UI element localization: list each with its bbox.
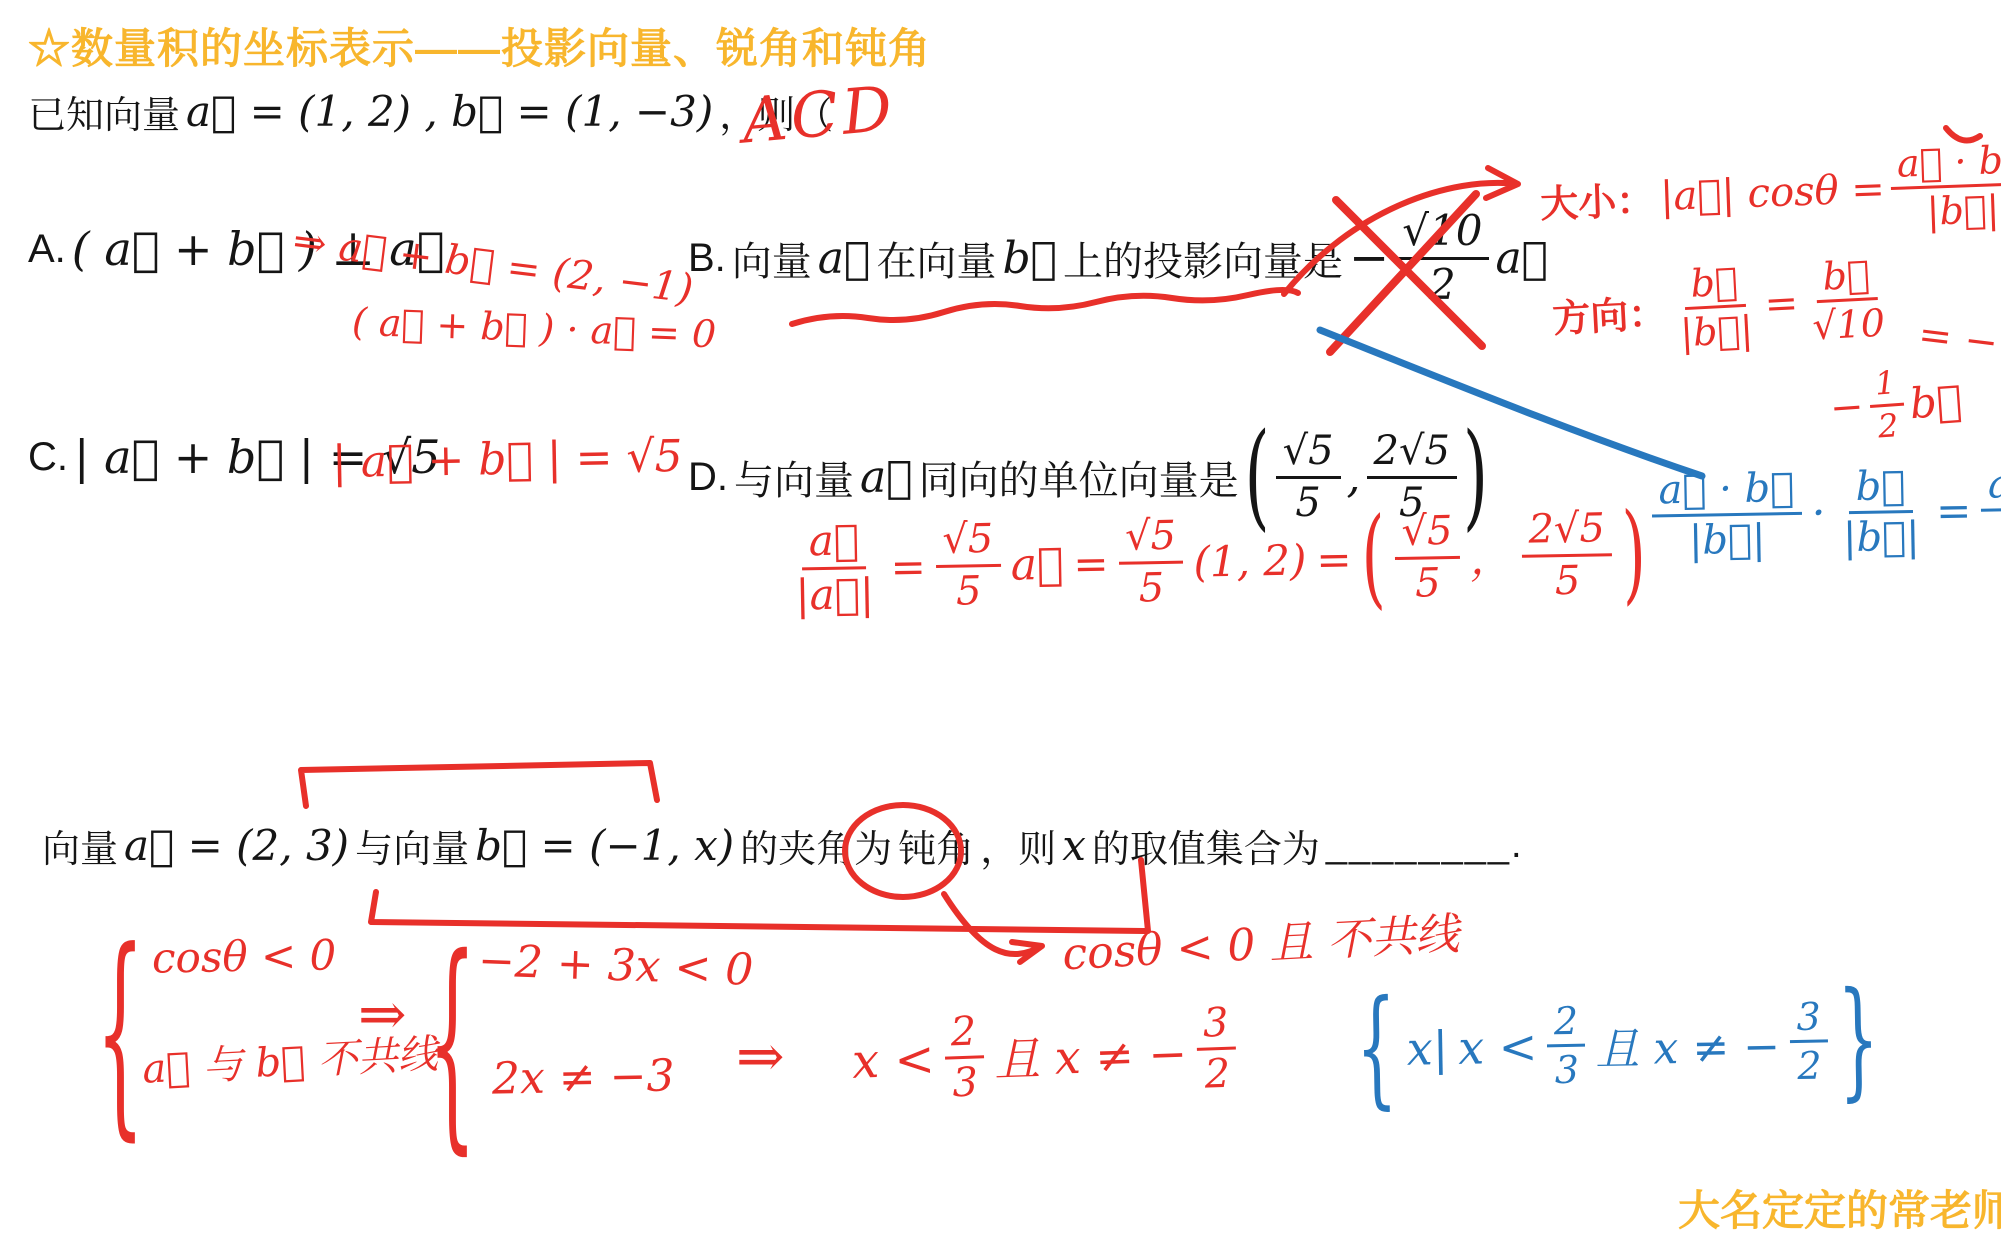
two-thirds-fraction: 2 3 xyxy=(1547,1001,1587,1091)
a-over-abs-a-fraction: a⃗ |a⃗| xyxy=(787,518,881,618)
fraction-numerator: 2 xyxy=(1547,1001,1586,1048)
fraction-numerator: 3 xyxy=(1789,996,1828,1043)
annotation-result: x < 2 3 且 x ≠ − 3 2 xyxy=(850,1001,1247,1108)
fraction-denominator: |b⃗| xyxy=(1836,513,1927,560)
option-b: B. 向量 a⃗ 在向量 b⃗ 上的投影向量是 − √10 2 a⃗ xyxy=(688,188,1554,328)
option-b-text1: 向量 xyxy=(732,230,812,287)
fraction-numerator: a⃗ · b⃗ xyxy=(1889,139,2001,190)
fraction-numerator: 1 xyxy=(1867,366,1904,408)
fraction-denominator: |a⃗| xyxy=(788,568,881,617)
fraction-numerator: b⃗ xyxy=(1683,261,1746,310)
set-head: x| xyxy=(1406,1021,1448,1076)
p2-text5: 的取值集合为 xyxy=(1092,818,1320,873)
fraction-denominator: 3 xyxy=(945,1059,986,1106)
implies-arrow: ⇒ xyxy=(736,1022,785,1090)
fraction-denominator: 3 xyxy=(1547,1047,1586,1091)
annotation-d-work: a⃗ |a⃗| = √5 5 a⃗ = √5 5 (1, 2) = ( √5 5… xyxy=(787,504,1656,617)
comma: ， xyxy=(1469,526,1512,587)
vector-a: a⃗ xyxy=(860,452,913,503)
b-over-absb-fraction: b⃗ |b⃗| xyxy=(1835,465,1927,560)
fraction-denominator: 1 xyxy=(1993,511,2001,557)
minus-sign: − xyxy=(1829,384,1866,432)
fraction-denominator: 5 xyxy=(1131,563,1171,609)
set-prefix: x < xyxy=(1458,1019,1538,1074)
three-halves-fraction: 3 2 xyxy=(1195,1001,1238,1096)
fraction-numerator: a⃗ · b⃗ xyxy=(1651,467,1801,518)
p2-text2: 与向量 xyxy=(355,818,469,873)
annotation-blue-projection: a⃗ · b⃗ |b⃗| · b⃗ |b⃗| = a⃗ 1 xyxy=(1651,463,2001,564)
sqrt5-over-5-fraction: √5 5 xyxy=(935,518,1002,613)
option-d-text1: 与向量 xyxy=(734,449,854,506)
fraction-denominator: 5 xyxy=(949,567,989,613)
equals: = xyxy=(890,542,926,592)
fraction-numerator: b⃗ xyxy=(1815,254,1878,303)
fraction-numerator: √5 xyxy=(1394,510,1460,560)
annotation-a-line1: ⇒ a⃗ + b⃗ = (2, −1) xyxy=(290,218,695,313)
vector-b: b⃗ xyxy=(1908,376,1963,429)
fraction-numerator: b⃗ xyxy=(1848,465,1912,514)
fraction-denominator: 2 xyxy=(1197,1050,1238,1097)
option-d-label: D. xyxy=(688,455,728,500)
sqrt10-over-2-fraction: √10 2 xyxy=(1395,209,1489,307)
fraction-numerator: √5 xyxy=(935,518,1001,568)
equals-minus: = − xyxy=(1916,311,2001,366)
fraction-numerator: √10 xyxy=(1395,209,1489,260)
option-d-text2: 同向的单位向量是 xyxy=(919,449,1239,506)
direction-label: 方向： xyxy=(1551,282,1668,343)
p2-keyword-obtuse: 钝角 xyxy=(898,818,974,873)
fraction-numerator: 2√5 xyxy=(1521,507,1612,557)
bracket-top xyxy=(301,763,657,806)
p2-x: x xyxy=(1062,821,1086,870)
fraction-denominator: 2 xyxy=(1870,406,1907,445)
magnitude-label: 大小： xyxy=(1539,170,1655,229)
circle-arrow xyxy=(944,894,1042,962)
problem2-stem: 向量 a⃗ = (2, 3) 与向量 b⃗ = (−1, x) 的夹角为 钝角 … xyxy=(42,818,1530,873)
stem-prefix: 已知向量 xyxy=(28,84,180,139)
annotation-solution-set: { x| x < 2 3 且 x ≠ − 3 2 } xyxy=(1355,995,1889,1094)
equals: = xyxy=(1316,534,1352,584)
b-over-absb-fraction: b⃗ |b⃗| xyxy=(1670,260,1761,354)
fraction-denominator: 2 xyxy=(1790,1043,1829,1087)
clipped-fraction: a⃗ 1 xyxy=(1981,463,2001,558)
fraction-denominator: √10 xyxy=(1804,300,1893,348)
dot-operator: · xyxy=(1811,488,1826,539)
implies-arrow: ⇒ xyxy=(358,980,407,1048)
fraction-numerator: a⃗ xyxy=(801,518,866,570)
result-mid: 且 x ≠ − xyxy=(993,1017,1188,1090)
option-a-label: A. xyxy=(28,227,66,272)
system2-line1: −2 + 3x < 0 xyxy=(477,935,754,996)
magnitude-lhs: |a⃗| cosθ = xyxy=(1659,166,1885,220)
fraction-numerator: 2√5 xyxy=(1367,430,1457,478)
fraction-denominator: |b⃗| xyxy=(1682,516,1773,563)
fraction-denominator: 2 xyxy=(1422,260,1463,308)
page-title: ☆数量积的坐标表示——投影向量、锐角和钝角 xyxy=(28,16,931,76)
fraction-numerator: a⃗ xyxy=(1981,463,2001,512)
b-over-sqrt10-fraction: b⃗ √10 xyxy=(1802,253,1893,347)
vector-b: b⃗ xyxy=(1002,233,1057,284)
system1-line1: cosθ < 0 xyxy=(152,930,337,982)
equals: = xyxy=(1936,486,1972,536)
equals: = xyxy=(1763,280,1799,328)
comma: , xyxy=(1347,452,1361,503)
fraction-numerator: 2 xyxy=(943,1010,984,1060)
fraction-denominator: |b⃗| xyxy=(1672,306,1761,354)
left-brace: { xyxy=(1355,985,1398,1114)
fraction-denominator: 5 xyxy=(1408,559,1448,605)
left-paren: ( xyxy=(1360,495,1386,621)
three-halves-fraction: 3 2 xyxy=(1789,996,1829,1086)
set-mid: 且 x ≠ − xyxy=(1595,1010,1781,1077)
annotation-half-b: − 1 2 b⃗ xyxy=(1827,361,1970,447)
2sqrt5-over-5-fraction: 2√5 5 xyxy=(1521,507,1613,602)
p2-vector-a: a⃗ = (2, 3) xyxy=(124,821,349,870)
adotb-over-absb-fraction: a⃗ · b⃗ |b⃗| xyxy=(1889,139,2001,233)
p2-text4: ，则 xyxy=(980,818,1056,873)
fraction-denominator: |b⃗| xyxy=(1919,186,2001,232)
option-c-label: C. xyxy=(28,435,68,480)
problem1-stem: 已知向量 a⃗ = (1, 2) , b⃗ = (1, −3) ，则（ xyxy=(28,84,839,139)
adotb-over-absb-fraction: a⃗ · b⃗ |b⃗| xyxy=(1651,467,1802,563)
vector-a-tail: a⃗ xyxy=(1495,233,1548,284)
handwritten-answer: ACD xyxy=(739,71,899,157)
option-b-label: B. xyxy=(688,236,726,281)
fraction-numerator: √5 xyxy=(1276,430,1341,478)
annotation-magnitude: 大小： |a⃗| cosθ = a⃗ · b⃗ |b⃗| = − xyxy=(1539,136,2001,246)
left-brace: { xyxy=(96,922,144,1142)
vector-a: a⃗ xyxy=(818,233,871,284)
minus-sign: − xyxy=(1349,230,1389,286)
fraction-numerator: √5 xyxy=(1118,515,1184,565)
option-b-text2: 在向量 xyxy=(876,230,996,287)
lesson-slide: ☆数量积的坐标表示——投影向量、锐角和钝角 已知向量 a⃗ = (1, 2) ,… xyxy=(0,0,2001,1251)
sqrt5-over-5-fraction: √5 5 xyxy=(1394,510,1461,605)
answer-blank: ________. xyxy=(1326,824,1524,867)
one-half-fraction: 1 2 xyxy=(1867,366,1907,445)
vector-a: a⃗ xyxy=(1010,538,1064,590)
two-thirds-fraction: 2 3 xyxy=(943,1010,986,1105)
p2-vector-b: b⃗ = (−1, x) xyxy=(475,821,734,870)
equals: = xyxy=(1073,538,1109,588)
fraction-denominator: 5 xyxy=(1547,556,1587,602)
stem-vectors: a⃗ = (1, 2) , b⃗ = (1, −3) xyxy=(186,87,713,136)
left-brace: { xyxy=(428,928,476,1156)
system2-line2: 2x ≠ −3 xyxy=(492,1050,675,1104)
annotation-c: | a⃗ + b⃗ | = √5 xyxy=(332,431,683,488)
fraction-numerator: 3 xyxy=(1195,1001,1236,1051)
result-prefix: x < xyxy=(851,1031,935,1090)
sqrt5-over-5-fraction: √5 5 xyxy=(1118,515,1185,610)
p2-text1: 向量 xyxy=(42,818,118,873)
p2-text3: 的夹角为 xyxy=(740,818,892,873)
option-b-text3: 上的投影向量是 xyxy=(1063,230,1343,287)
teacher-credit: 大名定定的常老师 xyxy=(1678,1178,2001,1238)
annotation-direction: 方向： b⃗ |b⃗| = b⃗ √10 xyxy=(1550,253,1899,360)
pair-1-2: (1, 2) xyxy=(1193,535,1307,586)
right-paren: ) xyxy=(1621,491,1647,617)
right-brace: } xyxy=(1837,976,1880,1105)
annotation-obtuse-condition: cosθ < 0 且 不共线 xyxy=(1061,898,1461,983)
